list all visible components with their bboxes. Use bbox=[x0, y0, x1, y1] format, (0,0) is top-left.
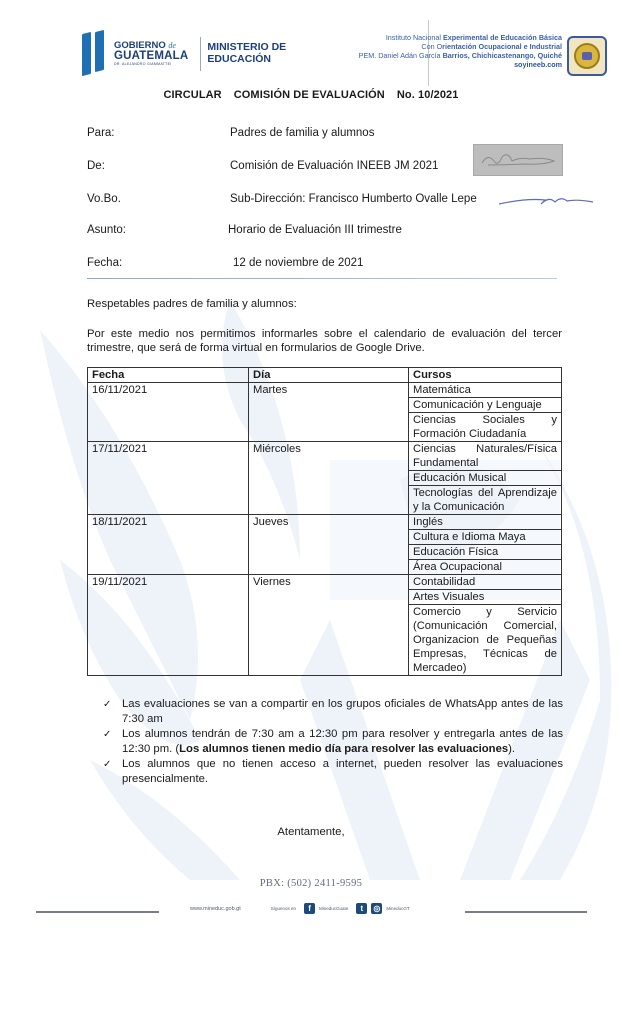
column-header-dia: Día bbox=[249, 368, 409, 383]
cell-course: Matemática bbox=[409, 383, 562, 398]
cell-course: Área Ocupacional bbox=[409, 560, 562, 575]
table-header-row: Fecha Día Cursos bbox=[88, 368, 562, 383]
cell-course: Ciencias Naturales/Física Fundamental bbox=[409, 442, 562, 471]
field-vobo: Vo.Bo. Sub-Dirección: Francisco Humberto… bbox=[87, 193, 121, 205]
field-de: De: Comisión de Evaluación INEEB JM 2021 bbox=[87, 160, 105, 172]
note-item: ✓Las evaluaciones se van a compartir en … bbox=[103, 697, 563, 727]
footer-website-link[interactable]: www.mineduc.gob.gt bbox=[190, 906, 241, 912]
cell-course: Ciencias Sociales y Formación Ciudadanía bbox=[409, 413, 562, 442]
cell-day: Martes bbox=[249, 383, 409, 442]
cell-course: Tecnologías del Aprendizaje y la Comunic… bbox=[409, 486, 562, 515]
signature-subdirector bbox=[497, 192, 595, 208]
field-de-value: Comisión de Evaluación INEEB JM 2021 bbox=[230, 160, 438, 172]
field-de-label: De: bbox=[87, 160, 105, 172]
document-title: CIRCULARCOMISIÓN DE EVALUACIÓNNo. 10/202… bbox=[0, 89, 622, 101]
cell-course: Cultura e Idioma Maya bbox=[409, 530, 562, 545]
check-icon: ✓ bbox=[103, 697, 111, 712]
table-row: 17/11/2021MiércolesCiencias Naturales/Fí… bbox=[88, 442, 562, 471]
check-icon: ✓ bbox=[103, 757, 111, 772]
note-item: ✓Los alumnos que no tienen acceso a inte… bbox=[103, 757, 563, 787]
facebook-icon[interactable]: f bbox=[304, 903, 315, 914]
notes-list: ✓Las evaluaciones se van a compartir en … bbox=[103, 697, 563, 787]
document-page: GOBIERNO de GUATEMALA DR. ALEJANDRO GIAM… bbox=[0, 0, 622, 1024]
cell-course: Comercio y Servicio (Comunicación Comerc… bbox=[409, 605, 562, 676]
cell-day: Viernes bbox=[249, 575, 409, 676]
table-row: 18/11/2021JuevesInglés bbox=[88, 515, 562, 530]
cell-course: Comunicación y Lenguaje bbox=[409, 398, 562, 413]
school-info: Instituto Nacional Experimental de Educa… bbox=[359, 33, 562, 69]
cell-date: 18/11/2021 bbox=[88, 515, 249, 575]
field-para: Para: Padres de familia y alumnos bbox=[87, 127, 115, 139]
cell-course: Educación Física bbox=[409, 545, 562, 560]
field-fecha-label: Fecha: bbox=[87, 257, 122, 269]
government-logo: GOBIERNO de GUATEMALA DR. ALEJANDRO GIAM… bbox=[82, 32, 286, 76]
intro-paragraph: Por este medio nos permitimos informarle… bbox=[87, 327, 562, 355]
table-row: 19/11/2021ViernesContabilidad bbox=[88, 575, 562, 590]
cell-day: Miércoles bbox=[249, 442, 409, 515]
cell-course: Contabilidad bbox=[409, 575, 562, 590]
field-asunto: Asunto: Horario de Evaluación III trimes… bbox=[87, 224, 126, 236]
field-vobo-label: Vo.Bo. bbox=[87, 193, 121, 205]
school-website[interactable]: soyineeb.com bbox=[359, 60, 562, 69]
field-para-value: Padres de familia y alumnos bbox=[230, 127, 374, 139]
instagram-icon[interactable]: ◎ bbox=[371, 903, 382, 914]
field-para-label: Para: bbox=[87, 127, 115, 139]
field-vobo-value: Sub-Dirección: Francisco Humberto Ovalle… bbox=[230, 193, 477, 205]
cell-day: Jueves bbox=[249, 515, 409, 575]
greeting: Respetables padres de familia y alumnos: bbox=[87, 297, 562, 311]
cell-date: 17/11/2021 bbox=[88, 442, 249, 515]
footer-links: www.mineduc.gob.gt Síguenos en f Mineduc… bbox=[190, 903, 418, 914]
guatemala-bars-icon bbox=[82, 33, 104, 75]
table-row: 16/11/2021MartesMatemática bbox=[88, 383, 562, 398]
signature-commission bbox=[473, 144, 563, 176]
cell-date: 16/11/2021 bbox=[88, 383, 249, 442]
logo-guatemala: GUATEMALA bbox=[114, 51, 188, 63]
check-icon: ✓ bbox=[103, 727, 111, 742]
field-asunto-label: Asunto: bbox=[87, 224, 126, 236]
note-item: ✓Los alumnos tendrán de 7:30 am a 12:30 … bbox=[103, 727, 563, 757]
twitter-icon[interactable]: t bbox=[356, 903, 367, 914]
social-handle[interactable]: MineducGT bbox=[386, 906, 409, 911]
logo-divider bbox=[200, 37, 201, 71]
field-fecha: Fecha: 12 de noviembre de 2021 bbox=[87, 257, 122, 269]
footer-rule-right bbox=[465, 911, 587, 913]
cell-course: Artes Visuales bbox=[409, 590, 562, 605]
meta-divider bbox=[87, 278, 557, 279]
closing-text: Atentamente, bbox=[0, 826, 622, 838]
footer-rule-left bbox=[36, 911, 159, 913]
field-fecha-value: 12 de noviembre de 2021 bbox=[233, 257, 363, 269]
cell-course: Inglés bbox=[409, 515, 562, 530]
evaluation-schedule-table: Fecha Día Cursos 16/11/2021MartesMatemát… bbox=[87, 367, 562, 676]
field-asunto-value: Horario de Evaluación III trimestre bbox=[228, 224, 402, 236]
footer-phone: PBX: (502) 2411-9595 bbox=[0, 878, 622, 889]
column-header-cursos: Cursos bbox=[409, 368, 562, 383]
logo-president: DR. ALEJANDRO GIAMMATTEI bbox=[114, 63, 188, 67]
column-header-fecha: Fecha bbox=[88, 368, 249, 383]
footer-follow-label: Síguenos en bbox=[271, 906, 296, 911]
cell-course: Educación Musical bbox=[409, 471, 562, 486]
ministry-name: MINISTERIO DE EDUCACIÓN bbox=[207, 42, 286, 65]
school-crest-icon bbox=[567, 36, 607, 76]
facebook-handle[interactable]: MineducGuate bbox=[319, 906, 348, 911]
cell-date: 19/11/2021 bbox=[88, 575, 249, 676]
